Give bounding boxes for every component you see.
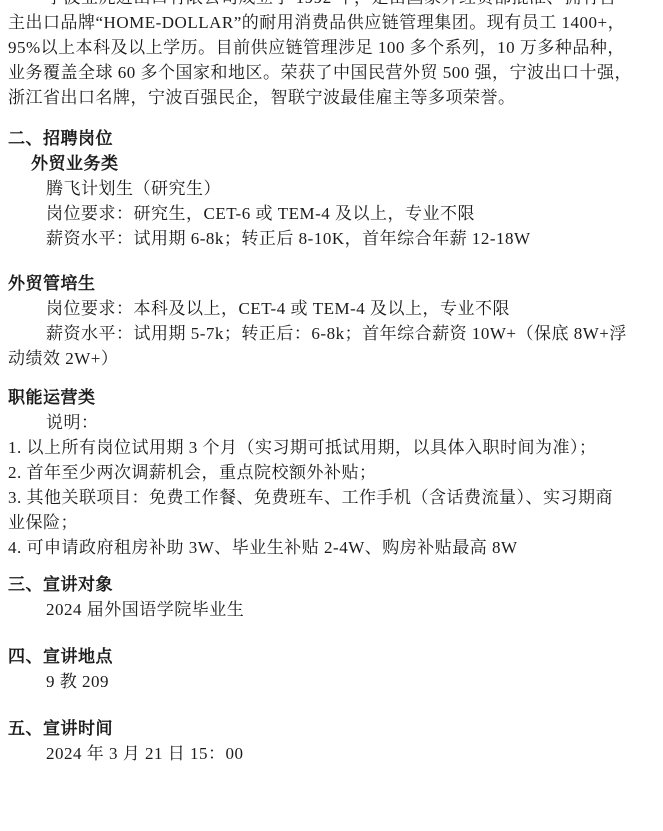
- text-line: 主出口品牌“HOME-DOLLAR”的耐用消费品供应链管理集团。现有员工 140…: [8, 10, 655, 35]
- text-line: 腾飞计划生（研究生）: [8, 176, 655, 201]
- text-line: 岗位要求：研究生，CET-6 或 TEM-4 及以上，专业不限: [8, 201, 655, 226]
- text-line: 浙江省出口名牌，宁波百强民企，智联宁波最佳雇主等多项荣誉。: [8, 85, 655, 110]
- text-line: 业保险；: [8, 510, 655, 535]
- text-line: 薪资水平：试用期 5-7k；转正后：6-8k；首年综合薪资 10W+（保底 8W…: [8, 321, 655, 346]
- section-heading: 五、宣讲时间: [8, 716, 655, 741]
- text-line: 动绩效 2W+）: [8, 346, 655, 371]
- text-line: 2. 首年至少两次调薪机会，重点院校额外补贴；: [8, 460, 655, 485]
- section-heading: 四、宣讲地点: [8, 644, 655, 669]
- text-line: 薪资水平：试用期 6-8k；转正后 8-10K，首年综合年薪 12-18W: [8, 226, 655, 251]
- text-line: 岗位要求：本科及以上，CET-4 或 TEM-4 及以上，专业不限: [8, 296, 655, 321]
- text-line: 95%以上本科及以上学历。目前供应链管理涉足 100 多个系列，10 万多种品种…: [8, 35, 655, 60]
- section-heading: 职能运营类: [8, 385, 655, 410]
- text-line: 4. 可申请政府租房补助 3W、毕业生补贴 2-4W、购房补贴最高 8W: [8, 535, 655, 560]
- text-line: 2024 年 3 月 21 日 15：00: [8, 741, 655, 766]
- text-line: 2024 届外国语学院毕业生: [8, 597, 655, 622]
- text-line: 宁波亚虎进出口有限公司成立于 1992 年，是由国家外经贸部批准、拥有自: [8, 0, 655, 10]
- text-line: 9 教 209: [8, 669, 655, 694]
- text-line: 说明：: [8, 410, 655, 435]
- text-line: 3. 其他关联项目：免费工作餐、免费班车、工作手机（含话费流量）、实习期商: [8, 485, 655, 510]
- document-page: 宁波亚虎进出口有限公司成立于 1992 年，是由国家外经贸部批准、拥有自主出口品…: [0, 0, 663, 831]
- section-heading: 三、宣讲对象: [8, 572, 655, 597]
- section-heading: 外贸业务类: [8, 151, 655, 176]
- section-heading: 外贸管培生: [8, 271, 655, 296]
- text-line: 1. 以上所有岗位试用期 3 个月（实习期可抵试用期，以具体入职时间为准）；: [8, 435, 655, 460]
- text-line: 业务覆盖全球 60 多个国家和地区。荣获了中国民营外贸 500 强，宁波出口十强…: [8, 60, 655, 85]
- section-heading: 二、招聘岗位: [8, 126, 655, 151]
